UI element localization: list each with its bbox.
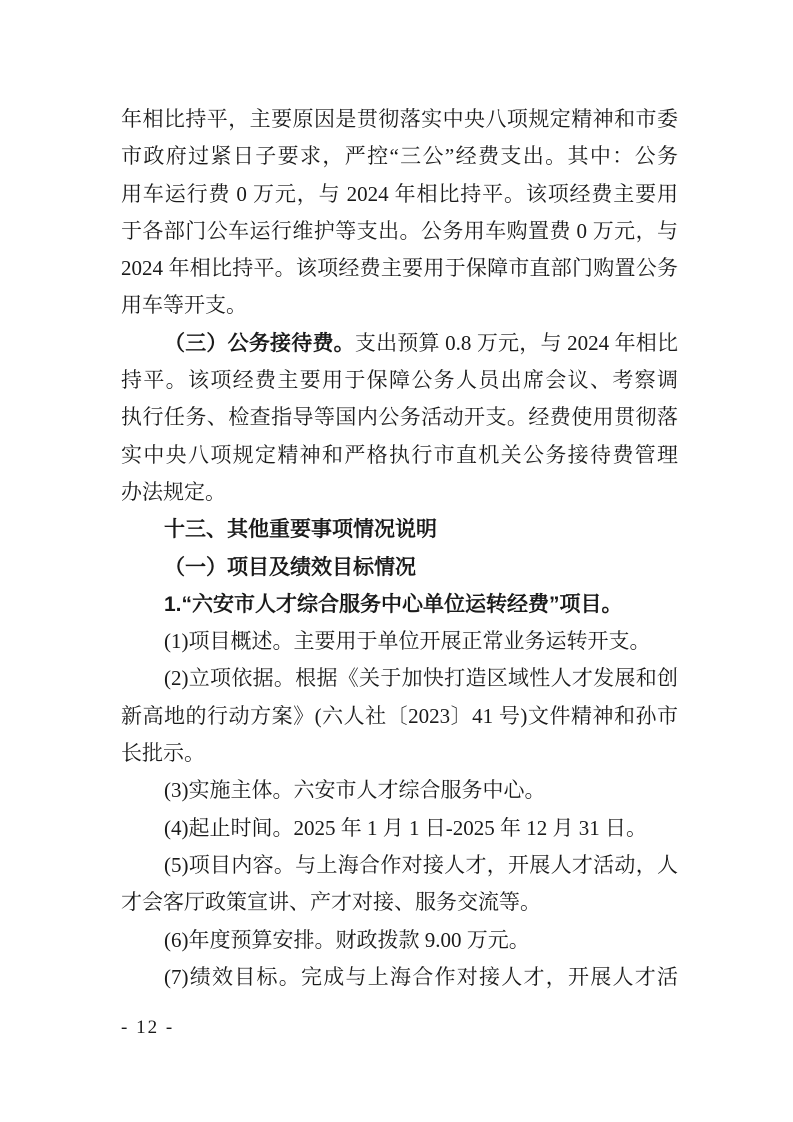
body-text: 办法规定。 (121, 480, 226, 504)
body-text: 年相比持平，主要原因是贯彻落实中央八项规定精神和市委 (121, 107, 678, 131)
body-text: (3)实施主体。六安市人才综合服务中心。 (164, 778, 546, 802)
body-line: 于各部门公车运行维护等支出。公务用车购置费 0 万元，与 (121, 213, 678, 250)
body-text: 新高地的行动方案》(六人社〔2023〕41 号)文件精神和孙市 (121, 704, 678, 728)
body-line: 执行任务、检查指导等国内公务活动开支。经费使用贯彻落 (121, 399, 678, 436)
body-line: 年相比持平，主要原因是贯彻落实中央八项规定精神和市委 (121, 101, 678, 138)
body-line: 市政府过紧日子要求，严控“三公”经费支出。其中：公务 (121, 138, 678, 175)
body-text: 执行任务、检查指导等国内公务活动开支。经费使用贯彻落 (121, 405, 678, 429)
body-text: 2024 年相比持平。该项经费主要用于保障市直部门购置公务 (121, 256, 678, 280)
body-line item-3-implementer: (3)实施主体。六安市人才综合服务中心。 (121, 772, 678, 809)
body-text: (1)项目概述。主要用于单位开展正常业务运转开支。 (164, 629, 650, 653)
body-line paragraph-end: 长批示。 (121, 735, 678, 772)
body-text: (7)绩效目标。完成与上海合作对接人才，开展人才活动， (121, 965, 678, 996)
body-line: 实中央八项规定精神和严格执行市直机关公务接待费管理 (121, 437, 678, 474)
body-line: 持平。该项经费主要用于保障公务人员出席会议、考察调研、 (121, 362, 678, 399)
page-number-footer: - 12 - (121, 1017, 174, 1039)
body-text: 才会客厅政策宣讲、产才对接、服务交流等。 (121, 890, 541, 914)
body-line paragraph-end: 才会客厅政策宣讲、产才对接、服务交流等。 (121, 884, 678, 921)
body-text: (5)项目内容。与上海合作对接人才，开展人才活动，人 (164, 853, 678, 877)
body-text: 实中央八项规定精神和严格执行市直机关公务接待费管理 (121, 443, 678, 467)
body-text: (4)起止时间。2025 年 1 月 1 日-2025 年 12 月 31 日。 (164, 816, 647, 840)
body-text: 持平。该项经费主要用于保障公务人员出席会议、考察调研、 (121, 368, 678, 399)
body-text: 支出预算 0.8 万元，与 2024 年相比 (355, 331, 678, 355)
body-line paragraph-end: 用车等开支。 (121, 287, 678, 324)
page-number: - 12 - (121, 1017, 174, 1038)
body-line: 2024 年相比持平。该项经费主要用于保障市直部门购置公务 (121, 250, 678, 287)
body-line item-2-basis: (2)立项依据。根据《关于加快打造区域性人才发展和创 (121, 660, 678, 697)
body-line: 新高地的行动方案》(六人社〔2023〕41 号)文件精神和孙市 (121, 698, 678, 735)
heading-project-performance: （一）项目及绩效目标情况 (121, 549, 678, 586)
heading-text: 十三、其他重要事项情况说明 (164, 518, 437, 541)
body-line item-1-overview: (1)项目概述。主要用于单位开展正常业务运转开支。 (121, 623, 678, 660)
body-line item-6-budget: (6)年度预算安排。财政拨款 9.00 万元。 (121, 922, 678, 959)
heading-text: （一）项目及绩效目标情况 (164, 556, 416, 579)
document-page: 年相比持平，主要原因是贯彻落实中央八项规定精神和市委 市政府过紧日子要求，严控“… (0, 0, 793, 1122)
body-text: 用车等开支。 (121, 293, 247, 317)
bold-lead-official-reception: （三）公务接待费。 (164, 332, 355, 355)
body-text: 长批示。 (121, 741, 205, 765)
body-line paragraph-end: 办法规定。 (121, 474, 678, 511)
text-block: 年相比持平，主要原因是贯彻落实中央八项规定精神和市委 市政府过紧日子要求，严控“… (121, 101, 678, 996)
body-line item-5-content: (5)项目内容。与上海合作对接人才，开展人才活动，人 (121, 847, 678, 884)
body-text: (2)立项依据。根据《关于加快打造区域性人才发展和创 (164, 666, 678, 690)
body-line: （三）公务接待费。支出预算 0.8 万元，与 2024 年相比 (121, 325, 678, 362)
body-text: 用车运行费 0 万元，与 2024 年相比持平。该项经费主要用 (121, 182, 678, 206)
body-text: 市政府过紧日子要求，严控“三公”经费支出。其中：公务 (121, 144, 678, 168)
body-line item-4-duration: (4)起止时间。2025 年 1 月 1 日-2025 年 12 月 31 日。 (121, 810, 678, 847)
body-text: (6)年度预算安排。财政拨款 9.00 万元。 (164, 928, 530, 952)
heading-text: 1.“六安市人才综合服务中心单位运转经费”项目。 (164, 593, 623, 616)
body-line: 用车运行费 0 万元，与 2024 年相比持平。该项经费主要用 (121, 176, 678, 213)
body-line item-7-performance-target: (7)绩效目标。完成与上海合作对接人才，开展人才活动， (121, 959, 678, 996)
heading-other-important-matters: 十三、其他重要事项情况说明 (121, 511, 678, 548)
heading-project-name: 1.“六安市人才综合服务中心单位运转经费”项目。 (121, 586, 678, 623)
body-text: 于各部门公车运行维护等支出。公务用车购置费 0 万元，与 (121, 219, 678, 243)
